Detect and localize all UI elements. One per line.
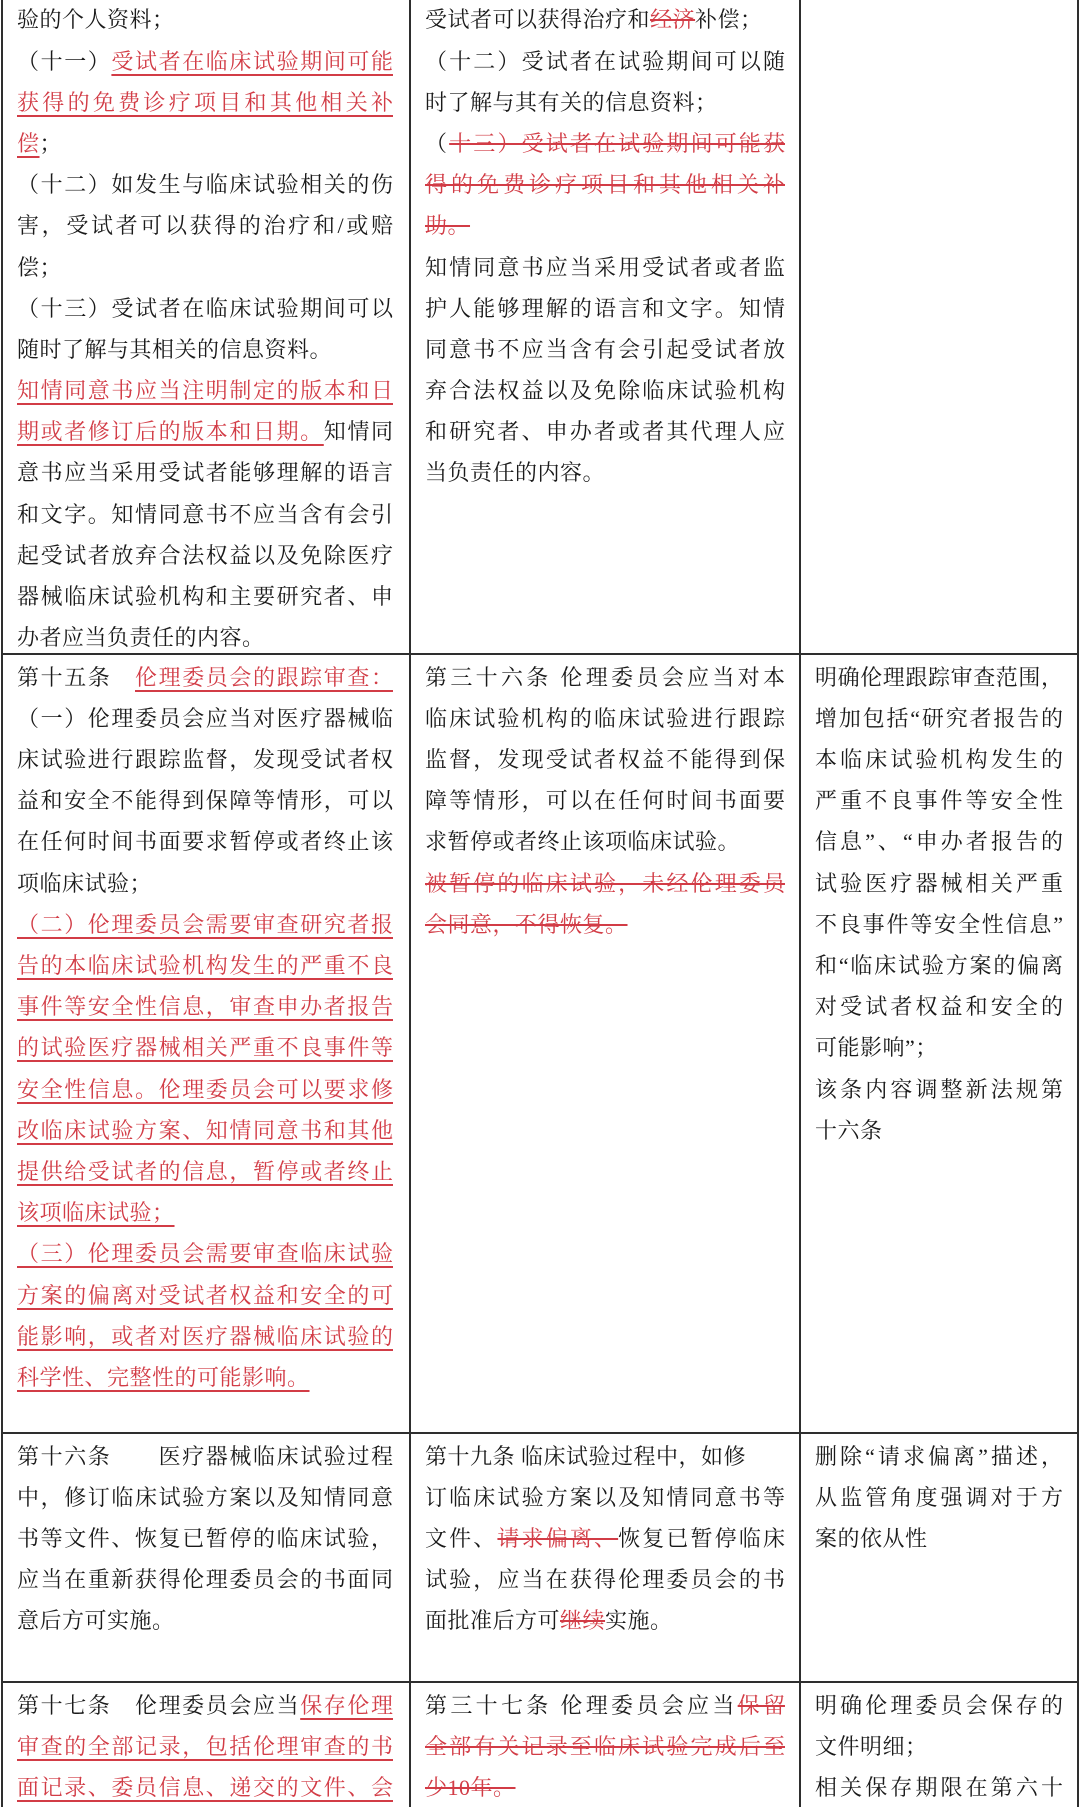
table-row: 第十六条 医疗器械临床试验过程中，修订临床试验方案以及知情同意书等文件、恢复已暂… [1, 1432, 1079, 1681]
text-line: 该条内容调整新法规第 [815, 1069, 1063, 1110]
body-text: 案的依从性 [815, 1526, 928, 1551]
cell-text: 第十六条 医疗器械临床试验过程中，修订临床试验方案以及知情同意书等文件、恢复已暂… [17, 1436, 393, 1642]
text-line: 删除“请求偏离”描述， [815, 1436, 1063, 1477]
table-row: 验的个人资料；（十一）受试者在临床试验期间可能获得的免费诊疗项目和其他相关补偿；… [1, 0, 1079, 653]
text-line: 害，受试者可以获得的治疗和/或赔 [17, 205, 393, 246]
body-text: 临床试验机构的临床试验进行跟踪 [425, 706, 785, 731]
inserted-text: 该项临床试验； [17, 1200, 175, 1225]
body-text: 实施。 [605, 1608, 673, 1633]
body-text: 办者应当负责任的内容。 [17, 625, 265, 650]
text-line: 订临床试验方案以及知情同意书等 [425, 1477, 785, 1518]
text-line: 和“临床试验方案的偏离 [815, 945, 1063, 986]
body-text: 弃合法权益以及免除临床试验机构 [425, 378, 785, 403]
body-text: （十一） [17, 49, 111, 74]
inserted-text: 改临床试验方案、知情同意书和其他 [17, 1118, 393, 1143]
body-text: 验的个人资料； [17, 7, 175, 32]
text-line: 试验，应当在获得伦理委员会的书 [425, 1559, 785, 1600]
body-text: 明确伦理跟踪审查范围， [815, 665, 1063, 690]
body-text: （一）伦理委员会应当对医疗器械临 [17, 706, 393, 731]
body-text: 意后方可实施。 [17, 1608, 175, 1633]
body-text: 文件、 [425, 1526, 497, 1551]
text-line: 求暂停或者终止该项临床试验。 [425, 821, 785, 862]
cell-text: 明确伦理跟踪审查范围，增加包括“研究者报告的本临床试验机构发生的严重不良事件等安… [815, 657, 1063, 1151]
text-line: 事件等安全性信息，审查申办者报告 [17, 986, 393, 1027]
deleted-text: 保留 [738, 1693, 785, 1718]
cell-text: 明确伦理委员会保存的文件明细；相关保存期限在第六十 [815, 1685, 1063, 1807]
text-line: 从监管角度强调对于方 [815, 1477, 1063, 1518]
inserted-text: 的试验医疗器械相关严重不良事件等 [17, 1035, 393, 1060]
inserted-text: 面记录、委员信息、递交的文件、会 [17, 1775, 393, 1800]
body-text: 信息”、“申办者报告的 [815, 829, 1063, 854]
cell-text: 第十七条 伦理委员会应当保存伦理审查的全部记录，包括伦理审查的书面记录、委员信息… [17, 1685, 393, 1807]
text-line: 少10年。 [425, 1767, 785, 1807]
inserted-text: 方案的偏离对受试者权益和安全的可 [17, 1283, 393, 1308]
text-line: 会同意，不得恢复。 [425, 904, 785, 945]
regulation-comparison-table: 验的个人资料；（十一）受试者在临床试验期间可能获得的免费诊疗项目和其他相关补偿；… [0, 0, 1080, 1807]
text-line: 能影响，或者对医疗器械临床试验的 [17, 1316, 393, 1357]
inserted-text: 伦理委员会的跟踪审查： [135, 665, 393, 690]
cell-original-regulation: 第三十七条 伦理委员会应当保留全部有关记录至临床试验完成后至少10年。 [409, 1683, 799, 1807]
body-text: 第十七条 伦理委员会应当 [17, 1693, 300, 1718]
cell-revised-regulation: 第十六条 医疗器械临床试验过程中，修订临床试验方案以及知情同意书等文件、恢复已暂… [1, 1434, 409, 1681]
text-line: 方案的偏离对受试者权益和安全的可 [17, 1275, 393, 1316]
body-text: 当负责任的内容。 [425, 460, 605, 485]
text-line: 不良事件等安全性信息” [815, 904, 1063, 945]
body-text: 书等文件、恢复已暂停的临床试验， [17, 1526, 393, 1551]
body-text: 知情同 [324, 419, 393, 444]
body-text: 试验，应当在获得伦理委员会的书 [425, 1567, 785, 1592]
text-line: 科学性、完整性的可能影响。 [17, 1357, 393, 1398]
deleted-text: 十三）受试者在试验期间可能获 [449, 131, 785, 156]
body-text: 在任何时间书面要求暂停或者终止该 [17, 829, 393, 854]
deleted-text: 继续 [560, 1608, 605, 1633]
text-line: 和文字。知情同意书不应当含有会引 [17, 494, 393, 535]
text-line: 时了解与其有关的信息资料； [425, 82, 785, 123]
cell-revised-regulation: 验的个人资料；（十一）受试者在临床试验期间可能获得的免费诊疗项目和其他相关补偿；… [1, 0, 409, 653]
body-text: 本临床试验机构发生的 [815, 747, 1063, 772]
body-text: 护人能够理解的语言和文字。知情 [425, 296, 785, 321]
body-text: 床试验进行跟踪监督，发现受试者权 [17, 747, 393, 772]
body-text: 增加包括“研究者报告的 [815, 706, 1063, 731]
text-line: （十二）受试者在试验期间可以随 [425, 41, 785, 82]
text-line: 改临床试验方案、知情同意书和其他 [17, 1110, 393, 1151]
text-line: 可能影响”； [815, 1027, 1063, 1068]
deleted-text: 会同意，不得恢复。 [425, 912, 628, 937]
text-line: 的试验医疗器械相关严重不良事件等 [17, 1027, 393, 1068]
body-text: 随时了解与其相关的信息资料。 [17, 337, 332, 362]
text-line: 试验医疗器械相关严重 [815, 863, 1063, 904]
text-line: 障等情形，可以在任何时间书面要 [425, 780, 785, 821]
body-text: 可能影响”； [815, 1035, 938, 1060]
text-line: 知情同意书应当注明制定的版本和日 [17, 370, 393, 411]
deleted-text: 全部有关记录至临床试验完成后至 [425, 1734, 785, 1759]
body-text: 和“临床试验方案的偏离 [815, 953, 1063, 978]
body-text: 偿； [17, 255, 62, 280]
text-line: 得的免费诊疗项目和其他相关补 [425, 164, 785, 205]
body-text: 益和安全不能得到保障等情形，可以 [17, 788, 393, 813]
body-text: 应当在重新获得伦理委员会的书面同 [17, 1567, 393, 1592]
inserted-text: （三）伦理委员会需要审查临床试验 [17, 1241, 393, 1266]
text-line: 增加包括“研究者报告的 [815, 698, 1063, 739]
body-text: 明确伦理委员会保存的 [815, 1693, 1063, 1718]
deleted-text: 助。 [425, 213, 470, 238]
text-line: 在任何时间书面要求暂停或者终止该 [17, 821, 393, 862]
text-line: 意后方可实施。 [17, 1600, 393, 1641]
body-text: 监督，发现受试者权益不能得到保 [425, 747, 785, 772]
text-line: 同意书不应当含有会引起受试者放 [425, 329, 785, 370]
text-line: 信息”、“申办者报告的 [815, 821, 1063, 862]
text-line: 当负责任的内容。 [425, 452, 785, 493]
text-line: 明确伦理跟踪审查范围， [815, 657, 1063, 698]
body-text: 严重不良事件等安全性 [815, 788, 1063, 813]
body-text: 第三十六条 伦理委员会应当对本 [425, 665, 785, 690]
body-text: 第十五条 [17, 665, 135, 690]
cell-change-note [799, 0, 1079, 653]
body-text: 起受试者放弃合法权益以及免除医疗 [17, 543, 393, 568]
text-line: 和研究者、申办者或者其代理人应 [425, 411, 785, 452]
text-line: 被暂停的临床试验，未经伦理委员 [425, 863, 785, 904]
body-text: 试验医疗器械相关严重 [815, 871, 1063, 896]
body-text: 同意书不应当含有会引起受试者放 [425, 337, 785, 362]
cell-change-note: 删除“请求偏离”描述，从监管角度强调对于方案的依从性 [799, 1434, 1079, 1681]
text-line: 第三十六条 伦理委员会应当对本 [425, 657, 785, 698]
text-line: 获得的免费诊疗项目和其他相关补 [17, 82, 393, 123]
text-line: 中，修订临床试验方案以及知情同意 [17, 1477, 393, 1518]
text-line: 助。 [425, 205, 785, 246]
text-line: 项临床试验； [17, 863, 393, 904]
body-text: 和文字。知情同意书不应当含有会引 [17, 502, 393, 527]
text-line: （一）伦理委员会应当对医疗器械临 [17, 698, 393, 739]
text-line: （十二）如发生与临床试验相关的伤 [17, 164, 393, 205]
text-line: 第十九条 临床试验过程中，如修 [425, 1436, 785, 1477]
text-line: 受试者可以获得治疗和经济补偿； [425, 0, 785, 41]
body-text: 恢复已暂停临床 [618, 1526, 785, 1551]
text-line: 第三十七条 伦理委员会应当保留 [425, 1685, 785, 1726]
body-text: 害，受试者可以获得的治疗和/或赔 [17, 213, 393, 238]
body-text: 第十九条 临床试验过程中，如修 [425, 1444, 746, 1469]
inserted-text: 期或者修订后的版本和日期。 [17, 419, 324, 444]
cell-text: 验的个人资料；（十一）受试者在临床试验期间可能获得的免费诊疗项目和其他相关补偿；… [17, 0, 393, 658]
cell-text: 第三十六条 伦理委员会应当对本临床试验机构的临床试验进行跟踪监督，发现受试者权益… [425, 657, 785, 945]
inserted-text: 偿 [17, 131, 40, 156]
text-line: 告的本临床试验机构发生的严重不良 [17, 945, 393, 986]
text-line: 临床试验机构的临床试验进行跟踪 [425, 698, 785, 739]
body-text: 相关保存期限在第六十 [815, 1775, 1063, 1800]
body-text: （十二）如发生与临床试验相关的伤 [17, 172, 393, 197]
text-line: （十一）受试者在临床试验期间可能 [17, 41, 393, 82]
text-line: 面批准后方可继续实施。 [425, 1600, 785, 1641]
cell-revised-regulation: 第十七条 伦理委员会应当保存伦理审查的全部记录，包括伦理审查的书面记录、委员信息… [1, 1683, 409, 1807]
inserted-text: 提供给受试者的信息，暂停或者终止 [17, 1159, 393, 1184]
text-line: 该项临床试验； [17, 1192, 393, 1233]
body-text: 意书应当采用受试者能够理解的语言 [17, 460, 393, 485]
text-line: 全部有关记录至临床试验完成后至 [425, 1726, 785, 1767]
cell-text: 第三十七条 伦理委员会应当保留全部有关记录至临床试验完成后至少10年。 [425, 1685, 785, 1807]
body-text: 项临床试验； [17, 871, 152, 896]
cell-original-regulation: 受试者可以获得治疗和经济补偿；（十二）受试者在试验期间可以随时了解与其有关的信息… [409, 0, 799, 653]
text-line: 随时了解与其相关的信息资料。 [17, 329, 393, 370]
text-line: 护人能够理解的语言和文字。知情 [425, 288, 785, 329]
text-line: 文件明细； [815, 1726, 1063, 1767]
inserted-text: 事件等安全性信息，审查申办者报告 [17, 994, 393, 1019]
text-line: 验的个人资料； [17, 0, 393, 41]
text-line: 第十五条 伦理委员会的跟踪审查： [17, 657, 393, 698]
cell-original-regulation: 第十九条 临床试验过程中，如修订临床试验方案以及知情同意书等文件、请求偏离、恢复… [409, 1434, 799, 1681]
text-line: 监督，发现受试者权益不能得到保 [425, 739, 785, 780]
inserted-text: 能影响，或者对医疗器械临床试验的 [17, 1324, 393, 1349]
text-line: （二）伦理委员会需要审查研究者报 [17, 904, 393, 945]
inserted-text: 受试者在临床试验期间可能 [111, 49, 393, 74]
text-line: （十三）受试者在试验期间可能获 [425, 123, 785, 164]
text-line: 期或者修订后的版本和日期。知情同 [17, 411, 393, 452]
text-line: 偿； [17, 247, 393, 288]
text-line: 文件、请求偏离、恢复已暂停临床 [425, 1518, 785, 1559]
body-text: （十二）受试者在试验期间可以随 [425, 49, 785, 74]
text-line: 起受试者放弃合法权益以及免除医疗 [17, 535, 393, 576]
body-text: 时了解与其有关的信息资料； [425, 90, 718, 115]
body-text: 求暂停或者终止该项临床试验。 [425, 829, 740, 854]
body-text: 十六条 [815, 1118, 883, 1143]
body-text: 文件明细； [815, 1734, 928, 1759]
table-row: 第十五条 伦理委员会的跟踪审查：（一）伦理委员会应当对医疗器械临床试验进行跟踪监… [1, 653, 1079, 1432]
deleted-text: 少10年。 [425, 1775, 516, 1800]
body-text: 面批准后方可 [425, 1608, 560, 1633]
body-text: 第十六条 医疗器械临床试验过程 [17, 1444, 393, 1469]
body-text: （ [425, 131, 449, 156]
text-line: 面记录、委员信息、递交的文件、会 [17, 1767, 393, 1807]
body-text: 障等情形，可以在任何时间书面要 [425, 788, 785, 813]
text-line: 应当在重新获得伦理委员会的书面同 [17, 1559, 393, 1600]
inserted-text: 知情同意书应当注明制定的版本和日 [17, 378, 393, 403]
text-line: 案的依从性 [815, 1518, 1063, 1559]
inserted-text: 安全性信息。伦理委员会可以要求修 [17, 1077, 393, 1102]
inserted-text: 告的本临床试验机构发生的严重不良 [17, 953, 393, 978]
table-row: 第十七条 伦理委员会应当保存伦理审查的全部记录，包括伦理审查的书面记录、委员信息… [1, 1681, 1079, 1807]
deleted-text: 经济 [650, 7, 695, 32]
body-text: 补偿； [695, 7, 763, 32]
cell-original-regulation: 第三十六条 伦理委员会应当对本临床试验机构的临床试验进行跟踪监督，发现受试者权益… [409, 655, 799, 1432]
cell-text: 第十九条 临床试验过程中，如修订临床试验方案以及知情同意书等文件、请求偏离、恢复… [425, 1436, 785, 1642]
text-line: 明确伦理委员会保存的 [815, 1685, 1063, 1726]
inserted-text: 保存伦理 [300, 1693, 393, 1718]
body-text: 和研究者、申办者或者其代理人应 [425, 419, 785, 444]
document-page: 验的个人资料；（十一）受试者在临床试验期间可能获得的免费诊疗项目和其他相关补偿；… [0, 0, 1080, 1807]
body-text: （十三）受试者在临床试验期间可以 [17, 296, 393, 321]
body-text: 删除“请求偏离”描述， [815, 1444, 1063, 1469]
text-line: 器械临床试验机构和主要研究者、申 [17, 576, 393, 617]
deleted-text: 请求偏离、 [497, 1526, 618, 1551]
body-text: 该条内容调整新法规第 [815, 1077, 1063, 1102]
text-line: 第十六条 医疗器械临床试验过程 [17, 1436, 393, 1477]
text-line: 相关保存期限在第六十 [815, 1767, 1063, 1807]
cell-text: 受试者可以获得治疗和经济补偿；（十二）受试者在试验期间可以随时了解与其有关的信息… [425, 0, 785, 494]
text-line: 审查的全部记录，包括伦理审查的书 [17, 1726, 393, 1767]
body-text: 对受试者权益和安全的 [815, 994, 1063, 1019]
text-line: （十三）受试者在临床试验期间可以 [17, 288, 393, 329]
text-line: 十六条 [815, 1110, 1063, 1151]
body-text: 不良事件等安全性信息” [815, 912, 1063, 937]
text-line: （三）伦理委员会需要审查临床试验 [17, 1233, 393, 1274]
body-text: 订临床试验方案以及知情同意书等 [425, 1485, 785, 1510]
text-line: 书等文件、恢复已暂停的临床试验， [17, 1518, 393, 1559]
deleted-text: 被暂停的临床试验，未经伦理委员 [425, 871, 785, 896]
text-line: 床试验进行跟踪监督，发现受试者权 [17, 739, 393, 780]
body-text: 从监管角度强调对于方 [815, 1485, 1063, 1510]
cell-change-note: 明确伦理委员会保存的文件明细；相关保存期限在第六十 [799, 1683, 1079, 1807]
body-text: 器械临床试验机构和主要研究者、申 [17, 584, 393, 609]
cell-text: 第十五条 伦理委员会的跟踪审查：（一）伦理委员会应当对医疗器械临床试验进行跟踪监… [17, 657, 393, 1398]
deleted-text: 得的免费诊疗项目和其他相关补 [425, 172, 785, 197]
text-line: 提供给受试者的信息，暂停或者终止 [17, 1151, 393, 1192]
text-line: 安全性信息。伦理委员会可以要求修 [17, 1069, 393, 1110]
inserted-text: 科学性、完整性的可能影响。 [17, 1365, 310, 1390]
body-text: 中，修订临床试验方案以及知情同意 [17, 1485, 393, 1510]
text-line: 益和安全不能得到保障等情形，可以 [17, 780, 393, 821]
text-line: 知情同意书应当采用受试者或者监 [425, 247, 785, 288]
text-line: 意书应当采用受试者能够理解的语言 [17, 452, 393, 493]
body-text: ； [40, 131, 63, 156]
text-line: 本临床试验机构发生的 [815, 739, 1063, 780]
inserted-text: 审查的全部记录，包括伦理审查的书 [17, 1734, 393, 1759]
body-text: 受试者可以获得治疗和 [425, 7, 650, 32]
body-text: 知情同意书应当采用受试者或者监 [425, 255, 785, 280]
cell-revised-regulation: 第十五条 伦理委员会的跟踪审查：（一）伦理委员会应当对医疗器械临床试验进行跟踪监… [1, 655, 409, 1432]
text-line: 对受试者权益和安全的 [815, 986, 1063, 1027]
cell-text: 删除“请求偏离”描述，从监管角度强调对于方案的依从性 [815, 1436, 1063, 1560]
inserted-text: 获得的免费诊疗项目和其他相关补 [17, 90, 393, 115]
inserted-text: （二）伦理委员会需要审查研究者报 [17, 912, 393, 937]
text-line: 偿； [17, 123, 393, 164]
cell-change-note: 明确伦理跟踪审查范围，增加包括“研究者报告的本临床试验机构发生的严重不良事件等安… [799, 655, 1079, 1432]
text-line: 第十七条 伦理委员会应当保存伦理 [17, 1685, 393, 1726]
text-line: 严重不良事件等安全性 [815, 780, 1063, 821]
text-line: 弃合法权益以及免除临床试验机构 [425, 370, 785, 411]
body-text: 第三十七条 伦理委员会应当 [425, 1693, 738, 1718]
